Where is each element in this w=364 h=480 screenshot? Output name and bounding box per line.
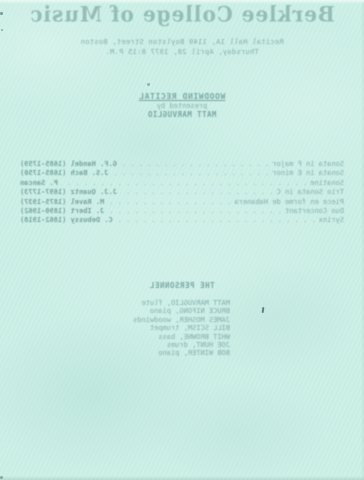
datetime-line: Thursday, April 28, 1977 8:15 P.M. bbox=[0, 48, 364, 56]
venue-line: Recital Hall 1A, 1140 Boylston Street, B… bbox=[0, 38, 364, 46]
personnel-list: MATT MARVUGLIO, flute BRUCE NIFONG, pian… bbox=[110, 299, 230, 358]
personnel-name: WHIT BROWNE, bass bbox=[158, 333, 230, 341]
edge-speck bbox=[0, 12, 3, 15]
dotted-leader: . . . . . . . . . . . . . . . . . . . . … bbox=[107, 207, 282, 216]
personnel-entry: JAMES MOSHER, woodwinds bbox=[110, 316, 230, 324]
college-logo: Berklee College of Music bbox=[0, 1, 364, 26]
composer-name: J. Ibert (1890-1962) bbox=[20, 207, 104, 216]
scanned-program-page: Berklee College of Music Recital Hall 1A… bbox=[0, 0, 364, 480]
presented-by-label: presented by bbox=[0, 102, 364, 110]
piece-title: Sonata in F major bbox=[272, 160, 344, 169]
piece-title: Syrinx bbox=[319, 216, 344, 225]
personnel-entry: BILL SCISM, trumpet bbox=[110, 324, 230, 332]
personnel-entry: BRUCE NIFONG, piano bbox=[110, 307, 230, 315]
personnel-entry: WHIT BROWNE, bass bbox=[110, 333, 230, 341]
dotted-leader: . . . . . . . . . . . . . . . . . . . . … bbox=[120, 160, 269, 169]
personnel-name: BOB WINTER, piano bbox=[158, 349, 230, 357]
personnel-entry: MATT MARVUGLIO, flute bbox=[110, 299, 230, 307]
program-row: Syrinx . . . . . . . . . . . . . . . . .… bbox=[20, 216, 344, 225]
personnel-name: JAMES MOSHER, woodwinds bbox=[133, 316, 230, 324]
dotted-leader: . . . . . . . . . . . . . . . . . . . . … bbox=[61, 179, 307, 188]
dotted-leader: . . . . . . . . . . . . . . . . . . . . … bbox=[120, 188, 274, 197]
ink-speck bbox=[147, 83, 150, 86]
edge-speck bbox=[1, 29, 3, 31]
program-row: Trio Sonata in C . . . . . . . . . . . .… bbox=[20, 188, 344, 197]
composer-name: G.F. Handel (1685-1759) bbox=[20, 160, 117, 169]
corner-speck bbox=[0, 476, 3, 479]
dotted-leader: . . . . . . . . . . . . . . . . . . . . … bbox=[112, 169, 270, 178]
program-row: Piece en forme de Habanera . . . . . . .… bbox=[20, 198, 344, 207]
program-row: Duo Concertant . . . . . . . . . . . . .… bbox=[20, 207, 344, 216]
dotted-leader: . . . . . . . . . . . . . . . . . . . . … bbox=[107, 198, 231, 207]
program-row: Sonatine . . . . . . . . . . . . . . . .… bbox=[20, 179, 344, 188]
personnel-heading: THE PERSONNEL bbox=[0, 281, 364, 290]
program-row: Sonata in F major . . . . . . . . . . . … bbox=[20, 160, 344, 169]
piece-title: Piece en forme de Habanera bbox=[234, 198, 344, 207]
personnel-name: MATT MARVUGLIO, flute bbox=[141, 299, 230, 307]
piece-title: Duo Concertant bbox=[285, 207, 344, 216]
composer-name: C. Debussy (1862-1918) bbox=[20, 216, 113, 225]
piece-title: Sonatine bbox=[310, 179, 344, 188]
piece-title: Trio Sonata in C bbox=[277, 188, 344, 197]
composer-name: J.S. Bach (1685-1750) bbox=[20, 169, 109, 178]
personnel-name: BRUCE NIFONG, piano bbox=[150, 307, 230, 315]
composer-name: M. Ravel (1875-1937) bbox=[20, 198, 104, 207]
personnel-name: BILL SCISM, trumpet bbox=[150, 324, 230, 332]
program-row: Sonata in E minor . . . . . . . . . . . … bbox=[20, 169, 344, 178]
composer-name: J.J. Quantz (1697-1773) bbox=[20, 188, 117, 197]
dotted-leader: . . . . . . . . . . . . . . . . . . . . … bbox=[116, 216, 316, 225]
composer-name: P. Sancan bbox=[20, 179, 58, 188]
performer-name: MATT MARVUGLIO bbox=[0, 110, 364, 119]
personnel-entry: BOB WINTER, piano bbox=[110, 349, 230, 357]
program-list: Sonata in F major . . . . . . . . . . . … bbox=[20, 160, 344, 226]
personnel-entry: JOE HUNT, drums bbox=[110, 341, 230, 349]
recital-title: WOODWIND RECITAL bbox=[0, 92, 364, 101]
piece-title: Sonata in E minor bbox=[272, 169, 344, 178]
bleedthrough-layer: Berklee College of Music Recital Hall 1A… bbox=[0, 0, 364, 480]
personnel-name: JOE HUNT, drums bbox=[167, 341, 230, 349]
